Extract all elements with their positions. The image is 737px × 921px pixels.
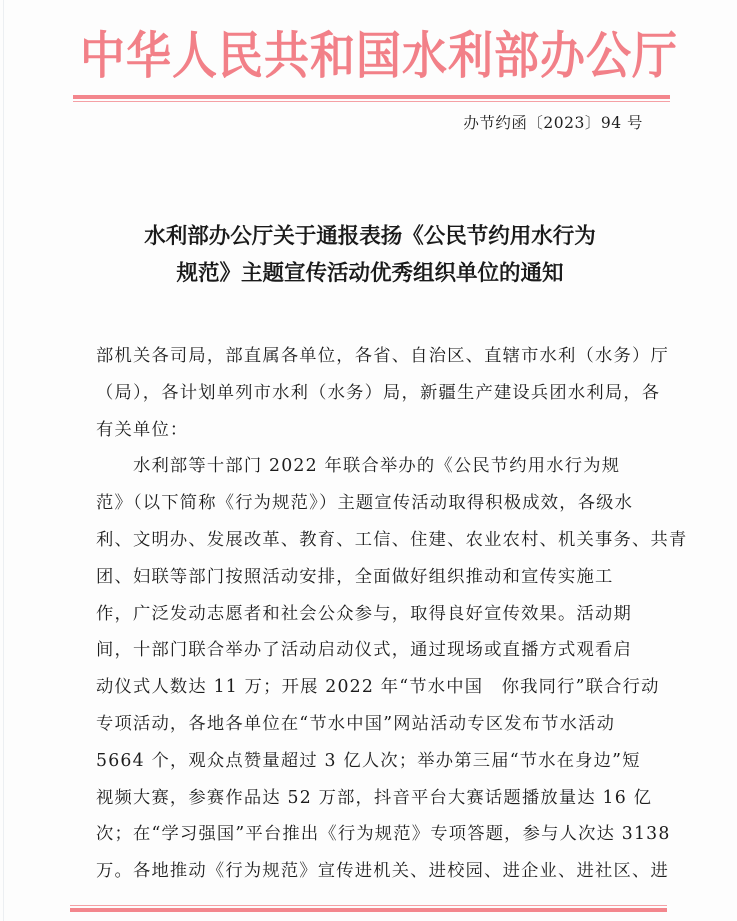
body-line: 动仪式人数达 11 万；开展 2022 年“节水中国 你我同行”联合行动 xyxy=(96,669,656,706)
addressee-line: 有关单位： xyxy=(96,412,656,449)
body-line: 5664 个，观众点赞量超过 3 亿人次；举办第三届“节水在身边”短 xyxy=(96,743,656,780)
body-line: 专项活动，各地各单位在“节水中国”网站活动专区发布节水活动 xyxy=(96,706,656,743)
page-edge xyxy=(3,0,4,921)
document-body: 部机关各司局，部直属各单位，各省、自治区、直辖市水利（水务）厅 （局），各计划单… xyxy=(96,338,656,890)
title-line-2: 规范》主题宣传活动优秀组织单位的通知 xyxy=(90,255,650,292)
body-line: 万。各地推动《行为规范》宣传进机关、进校园、进企业、进社区、进 xyxy=(96,853,656,890)
footer-rule-thick xyxy=(70,908,667,912)
body-line: 范》（以下简称《行为规范》）主题宣传活动取得积极成效，各级水 xyxy=(96,485,656,522)
document-title: 水利部办公厅关于通报表扬《公民节约用水行为 规范》主题宣传活动优秀组织单位的通知 xyxy=(90,218,650,292)
addressee-line: 部机关各司局，部直属各单位，各省、自治区、直辖市水利（水务）厅 xyxy=(96,338,656,375)
organization-header: 中华人民共和国水利部办公厅 xyxy=(80,22,660,89)
body-line: 间，十部门联合举办了活动启动仪式，通过现场或直播方式观看启 xyxy=(96,632,656,669)
body-line: 利、文明办、发展改革、教育、工信、住建、农业农村、机关事务、共青 xyxy=(96,522,656,559)
body-line: 作，广泛发动志愿者和社会公众参与，取得良好宣传效果。活动期 xyxy=(96,596,656,633)
body-line: 次；在“学习强国”平台推出《行为规范》专项答题，参与人次达 3138 xyxy=(96,816,656,853)
body-line: 团、妇联等部门按照活动安排，全面做好组织推动和宣传实施工 xyxy=(96,559,656,596)
body-line: 水利部等十部门 2022 年联合举办的《公民节约用水行为规 xyxy=(96,448,656,485)
header-rule-thin xyxy=(73,101,670,102)
title-line-1: 水利部办公厅关于通报表扬《公民节约用水行为 xyxy=(90,218,650,255)
footer-rule-thin xyxy=(70,905,667,906)
document-number: 办节约函〔2023〕94 号 xyxy=(463,112,643,134)
header-rule-thick xyxy=(73,95,670,99)
document-page: 中华人民共和国水利部办公厅 办节约函〔2023〕94 号 水利部办公厅关于通报表… xyxy=(0,0,737,921)
body-line: 视频大赛，参赛作品达 52 万部，抖音平台大赛话题播放量达 16 亿 xyxy=(96,780,656,817)
addressee-line: （局），各计划单列市水利（水务）局，新疆生产建设兵团水利局，各 xyxy=(96,375,656,412)
